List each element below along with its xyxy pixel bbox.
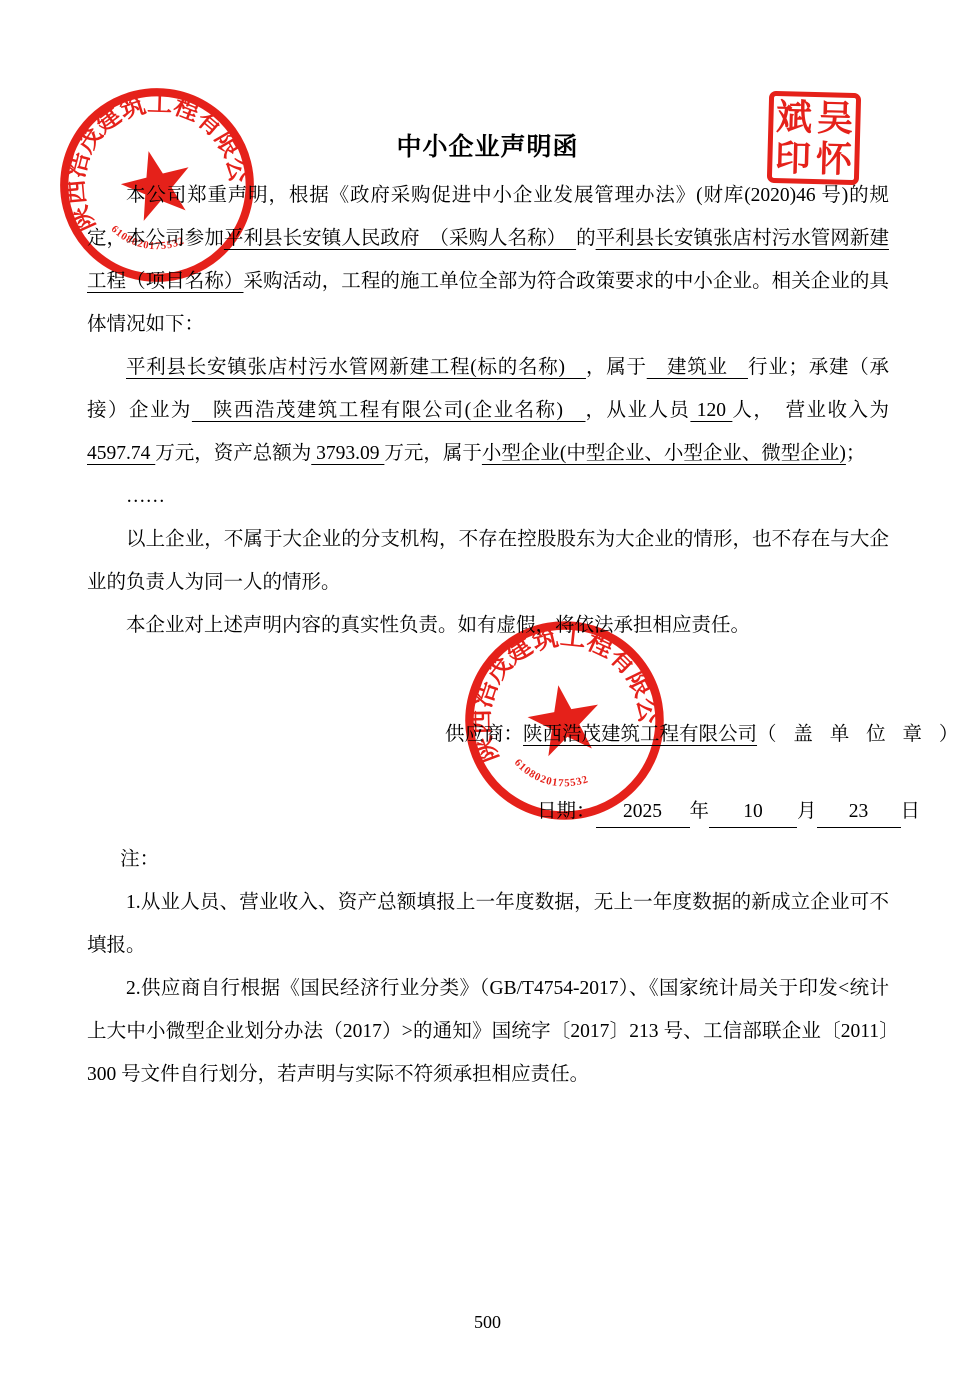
paragraph-enterprise-info: 平利县长安镇张店村污水管网新建工程(标的名称) ，属于 建筑业 行业；承建（承接…: [87, 346, 889, 475]
p1-purchaser-blank: 平利县长安镇人民政府 （采购人名称）: [224, 228, 576, 249]
notes-section: 注： 1.从业人员、营业收入、资产总额填报上一年度数据，无上一年度数据的新成立企…: [87, 838, 889, 1096]
date-day-suffix: 日: [901, 801, 921, 822]
date-year-blank: 2025: [596, 797, 690, 828]
signature-block: 供应商：陕西浩茂建筑工程有限公司（ 盖 单 位 章 ） 日期：2025年10月2…: [87, 712, 889, 835]
date-year-suffix: 年: [690, 801, 710, 822]
supplier-name: 陕西浩茂建筑工程有限公司: [523, 724, 757, 745]
notes-label: 注：: [87, 838, 889, 881]
ellipsis-line: ……: [87, 475, 889, 518]
p1-mid: 的: [576, 228, 596, 249]
p2-text-7: ；: [846, 443, 866, 464]
date-month-blank: 10: [709, 797, 797, 828]
paragraph-responsibility: 本企业对上述声明内容的真实性负责。如有虚假，将依法承担相应责任。: [87, 604, 889, 647]
p2-industry-blank: 建筑业: [647, 357, 748, 378]
paragraph-declaration: 本公司郑重声明，根据《政府采购促进中小企业发展管理办法》(财库(2020)46 …: [87, 174, 889, 346]
paragraph-independence: 以上企业，不属于大企业的分支机构，不存在控股股东为大企业的情形，也不存在与大企业…: [87, 518, 889, 604]
p2-revenue-blank: 4597.74: [87, 443, 155, 464]
p2-text-5: 万元，资产总额为: [155, 443, 311, 464]
note-item-1: 1.从业人员、营业收入、资产总额填报上一年度数据，无上一年度数据的新成立企业可不…: [87, 881, 889, 967]
personal-seal-char: 斌: [773, 96, 815, 138]
page-number: 500: [0, 1312, 975, 1333]
p2-text-6: 万元，属于: [384, 443, 482, 464]
supplier-row: 供应商：陕西浩茂建筑工程有限公司（ 盖 单 位 章 ）: [445, 712, 889, 758]
p2-company-blank: 陕西浩茂建筑工程有限公司(企业名称): [192, 400, 586, 421]
p2-text-4: 人， 营业收入为: [732, 400, 889, 421]
supplier-label: 供应商：: [445, 724, 523, 745]
date-month-suffix: 月: [797, 801, 817, 822]
p2-text-3: ，从业人员: [586, 400, 691, 421]
document-body: 本公司郑重声明，根据《政府采购促进中小企业发展管理办法》(财库(2020)46 …: [87, 174, 889, 647]
date-label: 日期：: [537, 801, 596, 822]
p2-employees-blank: 120: [690, 400, 732, 421]
date-day-blank: 23: [817, 797, 901, 828]
date-row: 日期：2025年10月23日: [537, 789, 889, 835]
page-title: 中小企业声明函: [0, 133, 975, 163]
p2-assets-blank: 3793.09: [311, 443, 384, 464]
seal-instruction: （ 盖 单 位 章 ）: [757, 724, 964, 745]
p2-size-blank: 小型企业(中型企业、小型企业、微型企业): [482, 443, 846, 464]
p2-subject-blank: 平利县长安镇张店村污水管网新建工程(标的名称): [126, 357, 586, 378]
p2-text-1: ，属于: [586, 357, 647, 378]
document-page: 中小企业声明函 本公司郑重声明，根据《政府采购促进中小企业发展管理办法》(财库(…: [0, 0, 975, 1385]
note-item-2: 2.供应商自行根据《国民经济行业分类》（GB/T4754-2017）、《国家统计…: [87, 967, 889, 1096]
